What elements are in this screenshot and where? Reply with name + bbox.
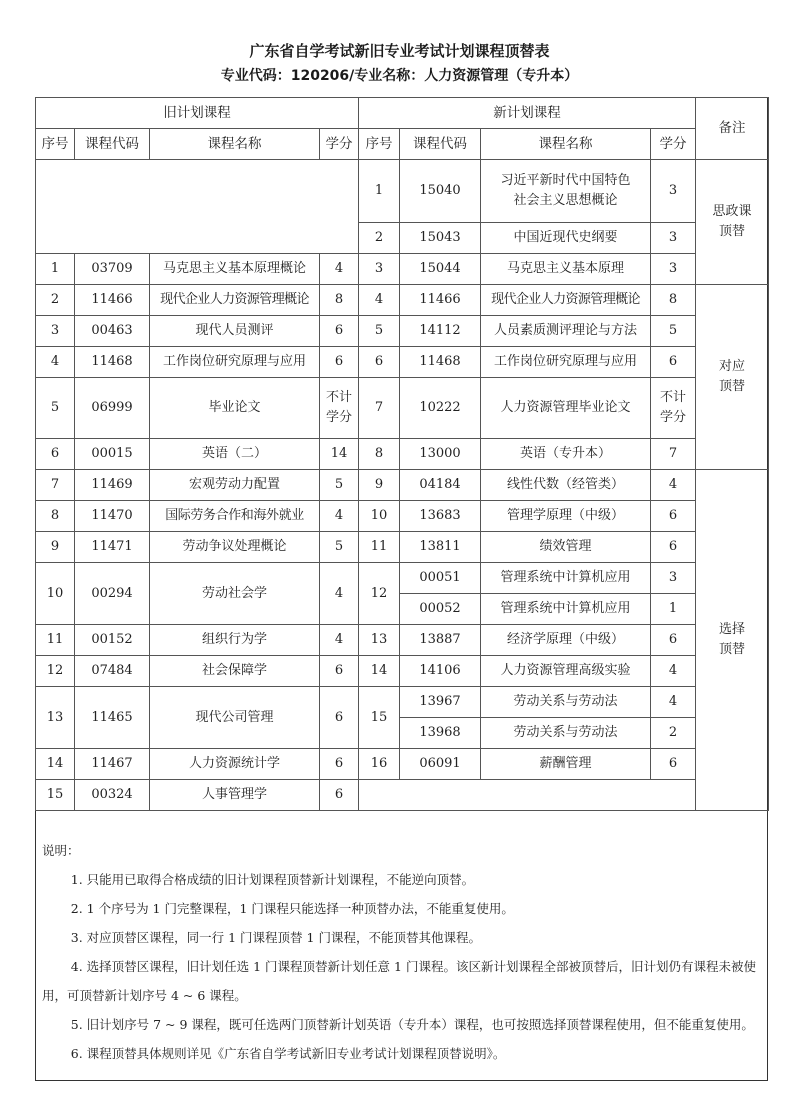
- table-row: 5 06999 毕业论文 不计学分 7 10222 人力资源管理毕业论文 不计学…: [36, 378, 769, 439]
- old-empty-cell: [36, 160, 359, 254]
- old-code: 11466: [75, 285, 150, 316]
- new-code: 00051: [400, 563, 481, 594]
- table-row: 6 00015 英语（二） 14 8 13000 英语（专升本） 7: [36, 439, 769, 470]
- new-name: 中国近现代史纲要: [481, 223, 651, 254]
- remark-header: 备注: [696, 98, 769, 160]
- new-credit: 4: [651, 687, 696, 718]
- new-seq: 8: [359, 439, 400, 470]
- old-seq: 15: [36, 780, 75, 811]
- new-name: 人员素质测评理论与方法: [481, 316, 651, 347]
- new-code: 13811: [400, 532, 481, 563]
- old-credit: 4: [320, 254, 359, 285]
- old-seq: 5: [36, 378, 75, 439]
- old-name: 马克思主义基本原理概论: [150, 254, 320, 285]
- new-code: 13967: [400, 687, 481, 718]
- note-item: 3. 对应顶替区课程，同一行 1 门课程顶替 1 门课程，不能顶替其他课程。: [42, 923, 762, 952]
- old-name: 现代人员测评: [150, 316, 320, 347]
- old-code: 06999: [75, 378, 150, 439]
- old-code: 07484: [75, 656, 150, 687]
- old-credit: 6: [320, 687, 359, 749]
- old-name: 国际劳务合作和海外就业: [150, 501, 320, 532]
- table-row: 8 11470 国际劳务合作和海外就业 4 10 13683 管理学原理（中级）…: [36, 501, 769, 532]
- new-name: 管理系统中计算机应用: [481, 594, 651, 625]
- old-name: 工作岗位研究原理与应用: [150, 347, 320, 378]
- old-seq: 6: [36, 439, 75, 470]
- old-credit-header: 学分: [320, 129, 359, 160]
- new-code: 13000: [400, 439, 481, 470]
- new-credit: 6: [651, 501, 696, 532]
- old-seq: 8: [36, 501, 75, 532]
- new-name: 劳动关系与劳动法: [481, 718, 651, 749]
- new-name: 薪酬管理: [481, 749, 651, 780]
- new-credit: 不计学分: [651, 378, 696, 439]
- old-code: 00152: [75, 625, 150, 656]
- old-seq: 9: [36, 532, 75, 563]
- table-row: 1 03709 马克思主义基本原理概论 4 3 15044 马克思主义基本原理 …: [36, 254, 769, 285]
- new-code-header: 课程代码: [400, 129, 481, 160]
- new-seq: 7: [359, 378, 400, 439]
- old-credit: 8: [320, 285, 359, 316]
- old-code-header: 课程代码: [75, 129, 150, 160]
- remark-politics: 思政课顶替: [696, 160, 769, 285]
- old-code: 11465: [75, 687, 150, 749]
- old-seq: 4: [36, 347, 75, 378]
- new-name: 习近平新时代中国特色社会主义思想概论: [481, 160, 651, 223]
- old-seq-header: 序号: [36, 129, 75, 160]
- new-name: 人力资源管理毕业论文: [481, 378, 651, 439]
- note-item: 4. 选择顶替区课程，旧计划任选 1 门课程顶替新计划任意 1 门课程。该区新计…: [42, 952, 762, 1010]
- new-seq: 2: [359, 223, 400, 254]
- remark-choice: 选择顶替: [696, 470, 769, 811]
- new-credit: 6: [651, 532, 696, 563]
- remark-direct: 对应顶替: [696, 285, 769, 470]
- table-row: 4 11468 工作岗位研究原理与应用 6 6 11468 工作岗位研究原理与应…: [36, 347, 769, 378]
- new-code: 14112: [400, 316, 481, 347]
- old-credit: 14: [320, 439, 359, 470]
- old-code: 00294: [75, 563, 150, 625]
- new-credit: 6: [651, 625, 696, 656]
- new-code: 11468: [400, 347, 481, 378]
- new-code: 06091: [400, 749, 481, 780]
- new-seq: 16: [359, 749, 400, 780]
- old-seq: 1: [36, 254, 75, 285]
- table-row: 10 00294 劳动社会学 4 12 00051 管理系统中计算机应用 3: [36, 563, 769, 594]
- course-substitution-table: 旧计划课程 新计划课程 备注 序号 课程代码 课程名称 学分 序号 课程代码 课…: [35, 97, 769, 811]
- new-code: 13968: [400, 718, 481, 749]
- new-credit: 6: [651, 749, 696, 780]
- old-credit: 不计学分: [320, 378, 359, 439]
- old-credit: 4: [320, 501, 359, 532]
- new-credit: 1: [651, 594, 696, 625]
- old-credit: 6: [320, 347, 359, 378]
- new-seq: 13: [359, 625, 400, 656]
- old-seq: 14: [36, 749, 75, 780]
- note-item: 2. 1 个序号为 1 门完整课程，1 门课程只能选择一种顶替办法，不能重复使用…: [42, 894, 762, 923]
- new-credit: 5: [651, 316, 696, 347]
- new-credit: 3: [651, 160, 696, 223]
- new-code: 13683: [400, 501, 481, 532]
- table-row: 15 00324 人事管理学 6: [36, 780, 769, 811]
- old-seq: 2: [36, 285, 75, 316]
- document-title: 广东省自学考试新旧专业考试计划课程顶替表: [0, 40, 799, 61]
- notes-section: 说明： 1. 只能用已取得合格成绩的旧计划课程顶替新计划课程，不能逆向顶替。 2…: [42, 836, 762, 1068]
- old-name-header: 课程名称: [150, 129, 320, 160]
- old-credit: 6: [320, 780, 359, 811]
- old-code: 03709: [75, 254, 150, 285]
- new-code: 10222: [400, 378, 481, 439]
- new-seq: 1: [359, 160, 400, 223]
- old-code: 00463: [75, 316, 150, 347]
- note-item: 6. 课程顶替具体规则详见《广东省自学考试新旧专业考试计划课程顶替说明》。: [42, 1039, 762, 1068]
- old-seq: 11: [36, 625, 75, 656]
- new-plan-header: 新计划课程: [359, 98, 696, 129]
- new-code: 04184: [400, 470, 481, 501]
- old-seq: 10: [36, 563, 75, 625]
- table-row: 11 00152 组织行为学 4 13 13887 经济学原理（中级） 6: [36, 625, 769, 656]
- table-row: 7 11469 宏观劳动力配置 5 9 04184 线性代数（经管类） 4 选择…: [36, 470, 769, 501]
- new-code: 15044: [400, 254, 481, 285]
- table-row: 9 11471 劳动争议处理概论 5 11 13811 绩效管理 6: [36, 532, 769, 563]
- old-seq: 7: [36, 470, 75, 501]
- new-credit: 4: [651, 656, 696, 687]
- old-seq: 3: [36, 316, 75, 347]
- new-credit: 3: [651, 223, 696, 254]
- new-name: 管理学原理（中级）: [481, 501, 651, 532]
- table-row: 3 00463 现代人员测评 6 5 14112 人员素质测评理论与方法 5: [36, 316, 769, 347]
- new-code: 14106: [400, 656, 481, 687]
- old-name: 劳动社会学: [150, 563, 320, 625]
- new-seq: 14: [359, 656, 400, 687]
- notes-heading: 说明：: [42, 836, 762, 865]
- old-name: 现代企业人力资源管理概论: [150, 285, 320, 316]
- new-seq: 9: [359, 470, 400, 501]
- old-credit: 4: [320, 625, 359, 656]
- new-seq-header: 序号: [359, 129, 400, 160]
- new-code: 00052: [400, 594, 481, 625]
- new-credit: 6: [651, 347, 696, 378]
- new-name: 英语（专升本）: [481, 439, 651, 470]
- new-seq: 11: [359, 532, 400, 563]
- new-seq: 5: [359, 316, 400, 347]
- new-code: 15043: [400, 223, 481, 254]
- new-credit: 7: [651, 439, 696, 470]
- table-row: 12 07484 社会保障学 6 14 14106 人力资源管理高级实验 4: [36, 656, 769, 687]
- old-name: 毕业论文: [150, 378, 320, 439]
- old-name: 社会保障学: [150, 656, 320, 687]
- new-code: 13887: [400, 625, 481, 656]
- new-name: 人力资源管理高级实验: [481, 656, 651, 687]
- new-credit: 3: [651, 254, 696, 285]
- old-code: 11467: [75, 749, 150, 780]
- note-item: 1. 只能用已取得合格成绩的旧计划课程顶替新计划课程，不能逆向顶替。: [42, 865, 762, 894]
- new-name-header: 课程名称: [481, 129, 651, 160]
- old-code: 00324: [75, 780, 150, 811]
- old-plan-header: 旧计划课程: [36, 98, 359, 129]
- new-name: 工作岗位研究原理与应用: [481, 347, 651, 378]
- new-name: 马克思主义基本原理: [481, 254, 651, 285]
- old-name: 现代公司管理: [150, 687, 320, 749]
- old-credit: 6: [320, 749, 359, 780]
- new-credit-header: 学分: [651, 129, 696, 160]
- old-seq: 12: [36, 656, 75, 687]
- new-seq: 15: [359, 687, 400, 749]
- new-credit: 8: [651, 285, 696, 316]
- old-name: 宏观劳动力配置: [150, 470, 320, 501]
- new-name: 线性代数（经管类）: [481, 470, 651, 501]
- old-code: 11471: [75, 532, 150, 563]
- new-name: 经济学原理（中级）: [481, 625, 651, 656]
- old-name: 组织行为学: [150, 625, 320, 656]
- document-subtitle: 专业代码：120206/专业名称：人力资源管理（专升本）: [0, 65, 799, 85]
- old-name: 英语（二）: [150, 439, 320, 470]
- old-name: 人力资源统计学: [150, 749, 320, 780]
- table-row: 14 11467 人力资源统计学 6 16 06091 薪酬管理 6: [36, 749, 769, 780]
- old-credit: 6: [320, 656, 359, 687]
- old-credit: 5: [320, 532, 359, 563]
- new-seq: 4: [359, 285, 400, 316]
- table-row: 1 15040 习近平新时代中国特色社会主义思想概论 3 思政课顶替: [36, 160, 769, 223]
- new-name: 绩效管理: [481, 532, 651, 563]
- new-name: 现代企业人力资源管理概论: [481, 285, 651, 316]
- old-credit: 6: [320, 316, 359, 347]
- old-name: 人事管理学: [150, 780, 320, 811]
- old-name: 劳动争议处理概论: [150, 532, 320, 563]
- new-name: 管理系统中计算机应用: [481, 563, 651, 594]
- new-credit: 2: [651, 718, 696, 749]
- note-item: 5. 旧计划序号 7 ~ 9 课程，既可任选两门顶替新计划英语（专升本）课程，也…: [42, 1010, 762, 1039]
- new-code: 15040: [400, 160, 481, 223]
- new-seq: 3: [359, 254, 400, 285]
- new-seq: 12: [359, 563, 400, 625]
- old-seq: 13: [36, 687, 75, 749]
- new-credit: 4: [651, 470, 696, 501]
- new-code: 11466: [400, 285, 481, 316]
- new-credit: 3: [651, 563, 696, 594]
- old-credit: 4: [320, 563, 359, 625]
- table-row: 13 11465 现代公司管理 6 15 13967 劳动关系与劳动法 4: [36, 687, 769, 718]
- old-code: 00015: [75, 439, 150, 470]
- old-code: 11468: [75, 347, 150, 378]
- new-empty-cell: [359, 780, 696, 811]
- old-credit: 5: [320, 470, 359, 501]
- old-code: 11470: [75, 501, 150, 532]
- new-name: 劳动关系与劳动法: [481, 687, 651, 718]
- old-code: 11469: [75, 470, 150, 501]
- new-seq: 6: [359, 347, 400, 378]
- table-row: 2 11466 现代企业人力资源管理概论 8 4 11466 现代企业人力资源管…: [36, 285, 769, 316]
- new-seq: 10: [359, 501, 400, 532]
